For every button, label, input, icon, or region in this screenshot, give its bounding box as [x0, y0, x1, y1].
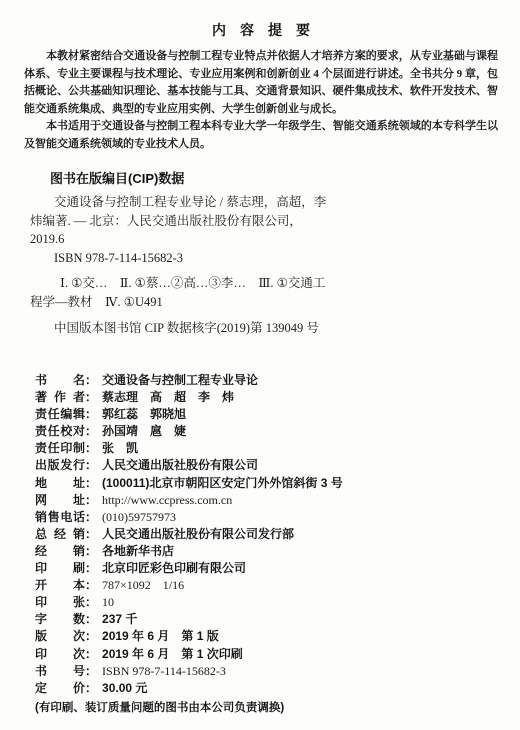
info-value-isbn: ISBN 978-7-114-15682-3 [102, 663, 226, 680]
info-label: 责任校对 [35, 423, 85, 440]
info-label: 经销 [35, 543, 85, 560]
info-row-print-supervisor: 责任印制：张 凯 [35, 440, 495, 457]
info-value: (100011)北京市朝阳区安定门外外馆斜街 3 号 [102, 475, 343, 492]
summary-paragraph-1: 本教材紧密结合交通设备与控制工程专业特点并依据人才培养方案的要求，从专业基础与课… [24, 48, 498, 118]
info-value: 孙国靖 扈 婕 [102, 423, 186, 440]
info-label: 定价 [35, 680, 85, 697]
info-label: 印次 [35, 646, 85, 663]
info-colon: ： [85, 509, 97, 526]
info-value-sheets: 10 [102, 594, 114, 611]
info-label: 网址 [35, 492, 85, 509]
info-colon: ： [85, 543, 97, 560]
info-colon: ： [85, 663, 97, 680]
info-row-address: 地址：(100011)北京市朝阳区安定门外外馆斜街 3 号 [35, 475, 495, 492]
cip-line-isbn: ISBN 978-7-114-15682-3 [30, 249, 422, 268]
info-row-proofreaders: 责任校对：孙国靖 扈 婕 [35, 423, 495, 440]
info-label: 字数 [35, 611, 85, 628]
info-label: 销售电话 [35, 509, 85, 526]
cip-line-title-authors: 交通设备与控制工程专业导论 / 蔡志理，高超，李 [30, 193, 422, 212]
info-value-url: http://www.ccpress.com.cn [102, 492, 232, 509]
info-colon: ： [85, 560, 97, 577]
info-row-impression: 印次：2019 年 6 月 第 1 次印刷 [35, 646, 495, 663]
info-colon: ： [85, 680, 97, 697]
info-value: 2019 年 6 月 第 1 次印刷 [102, 646, 243, 663]
info-row-general-distributor: 总经销：人民交通出版社股份有限公司发行部 [35, 526, 495, 543]
info-value-phone: (010)59757973 [102, 509, 176, 526]
info-value: 30.00 元 [102, 680, 147, 697]
info-row-website: 网址：http://www.ccpress.com.cn [35, 492, 495, 509]
info-value: 蔡志理 高 超 李 炜 [102, 389, 234, 406]
info-value-format: 787×1092 1/16 [102, 577, 184, 594]
cip-line-classification-2: 程学—教材 Ⅳ. ①U491 [30, 293, 422, 312]
cip-heading: 图书在版编目(CIP)数据 [50, 168, 422, 187]
info-label: 著作者 [35, 389, 85, 406]
book-copyright-page: 内 容 提 要 本教材紧密结合交通设备与控制工程专业特点并依据人才培养方案的要求… [0, 0, 520, 730]
info-colon: ： [85, 611, 97, 628]
info-colon: ： [85, 492, 97, 509]
info-label: 书号 [35, 663, 85, 680]
info-row-printed-sheets: 印张：10 [35, 594, 495, 611]
cip-line-registration: 中国版本图书馆 CIP 数据核字(2019)第 139049 号 [30, 319, 422, 338]
info-colon: ： [85, 457, 97, 474]
info-colon: ： [85, 628, 97, 645]
info-colon: ： [85, 475, 97, 492]
cip-line-classification-1: Ⅰ. ①交… Ⅱ. ①蔡…②高…③李… Ⅲ. ①交通工 [30, 274, 422, 293]
cip-section: 图书在版编目(CIP)数据 交通设备与控制工程专业导论 / 蔡志理，高超，李 炜… [30, 168, 422, 337]
info-colon: ： [85, 423, 97, 440]
info-row-edition: 版次：2019 年 6 月 第 1 版 [35, 628, 495, 645]
info-label: 出版发行 [35, 457, 85, 474]
summary-paragraph-2: 本书适用于交通设备与控制工程本科专业大学一年级学生、智能交通系统领域的本专科学生… [24, 118, 498, 153]
info-colon: ： [85, 406, 97, 423]
info-value: 交通设备与控制工程专业导论 [102, 372, 258, 389]
info-row-isbn: 书号：ISBN 978-7-114-15682-3 [35, 663, 495, 680]
info-label: 总经销 [35, 526, 85, 543]
info-value: 北京印匠彩色印刷有限公司 [102, 560, 246, 577]
info-value: 各地新华书店 [102, 543, 174, 560]
quality-exchange-note: (有印刷、装订质量问题的图书由本公司负责调换) [35, 700, 495, 717]
info-colon: ： [85, 526, 97, 543]
info-row-retail: 经销：各地新华书店 [35, 543, 495, 560]
info-value: 237 千 [102, 611, 137, 628]
info-colon: ： [85, 577, 97, 594]
cip-line-year: 2019.6 [30, 230, 422, 249]
info-value: 郭红蕊 郭晓旭 [102, 406, 186, 423]
info-row-sales-phone: 销售电话：(010)59757973 [35, 509, 495, 526]
publication-info-section: 书名：交通设备与控制工程专业导论 著作者：蔡志理 高 超 李 炜 责任编辑：郭红… [35, 372, 495, 717]
info-row-authors: 著作者：蔡志理 高 超 李 炜 [35, 389, 495, 406]
info-colon: ： [85, 440, 97, 457]
info-label: 责任编辑 [35, 406, 85, 423]
info-row-word-count: 字数：237 千 [35, 611, 495, 628]
info-value: 人民交通出版社股份有限公司发行部 [102, 526, 294, 543]
info-label: 责任印制 [35, 440, 85, 457]
info-label: 开本 [35, 577, 85, 594]
info-label: 版次 [35, 628, 85, 645]
info-colon: ： [85, 389, 97, 406]
content-summary-section: 内 容 提 要 本教材紧密结合交通设备与控制工程专业特点并依据人才培养方案的要求… [24, 20, 498, 153]
info-label: 书名 [35, 372, 85, 389]
summary-title: 内 容 提 要 [24, 20, 498, 40]
info-row-format: 开本：787×1092 1/16 [35, 577, 495, 594]
info-colon: ： [85, 594, 97, 611]
info-row-publisher: 出版发行：人民交通出版社股份有限公司 [35, 457, 495, 474]
info-value: 2019 年 6 月 第 1 版 [102, 628, 219, 645]
info-colon: ： [85, 372, 97, 389]
info-colon: ： [85, 646, 97, 663]
info-row-editors: 责任编辑：郭红蕊 郭晓旭 [35, 406, 495, 423]
info-value: 张 凯 [102, 440, 138, 457]
info-label: 地址 [35, 475, 85, 492]
info-row-title: 书名：交通设备与控制工程专业导论 [35, 372, 495, 389]
info-row-price: 定价：30.00 元 [35, 680, 495, 697]
info-row-printer: 印刷：北京印匠彩色印刷有限公司 [35, 560, 495, 577]
info-label: 印张 [35, 594, 85, 611]
cip-line-publisher: 炜编著. — 北京：人民交通出版社股份有限公司， [30, 212, 422, 231]
info-label: 印刷 [35, 560, 85, 577]
info-value: 人民交通出版社股份有限公司 [102, 457, 258, 474]
